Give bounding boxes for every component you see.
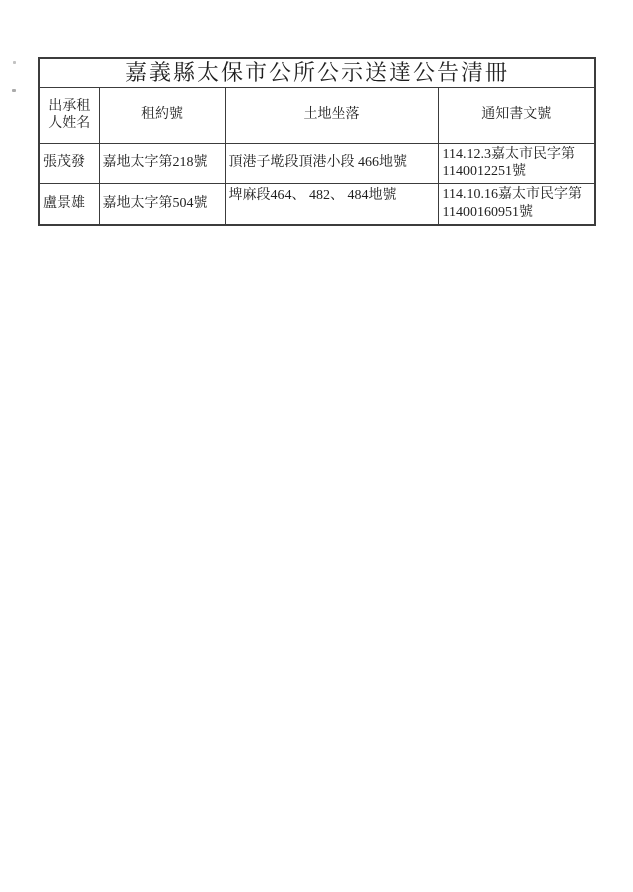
- land-location: 埤麻段464、 482、 484地號: [225, 183, 438, 225]
- title-row: 嘉義縣太保市公所公示送達公告清冊: [39, 58, 595, 87]
- notice-doc-no: 114.10.16嘉太市民字第 11400160951號: [438, 183, 595, 225]
- column-header-lease-no: 租約號: [99, 87, 225, 143]
- column-header-lessee-name: 出承租 人姓名: [39, 87, 99, 143]
- document-page: 嘉義縣太保市公所公示送達公告清冊 出承租 人姓名 租約號 土地坐落 通知書文號 …: [0, 0, 633, 892]
- table-row: 張茂發 嘉地太字第218號 頂港子墘段頂港小段 466地號 114.12.3嘉太…: [39, 143, 595, 183]
- document-title: 嘉義縣太保市公所公示送達公告清冊: [39, 58, 595, 87]
- land-location: 頂港子墘段頂港小段 466地號: [225, 143, 438, 183]
- header-row: 出承租 人姓名 租約號 土地坐落 通知書文號: [39, 87, 595, 143]
- scan-speck: [12, 89, 16, 92]
- scan-speck: [13, 61, 16, 64]
- lease-no: 嘉地太字第218號: [99, 143, 225, 183]
- column-header-notice-doc-no: 通知書文號: [438, 87, 595, 143]
- lessee-name: 張茂發: [39, 143, 99, 183]
- table-row: 盧景雄 嘉地太字第504號 埤麻段464、 482、 484地號 114.10.…: [39, 183, 595, 225]
- lease-no: 嘉地太字第504號: [99, 183, 225, 225]
- column-header-land-location: 土地坐落: [225, 87, 438, 143]
- notice-doc-no: 114.12.3嘉太市民字第 1140012251號: [438, 143, 595, 183]
- public-notice-table: 嘉義縣太保市公所公示送達公告清冊 出承租 人姓名 租約號 土地坐落 通知書文號 …: [38, 57, 596, 226]
- lessee-name: 盧景雄: [39, 183, 99, 225]
